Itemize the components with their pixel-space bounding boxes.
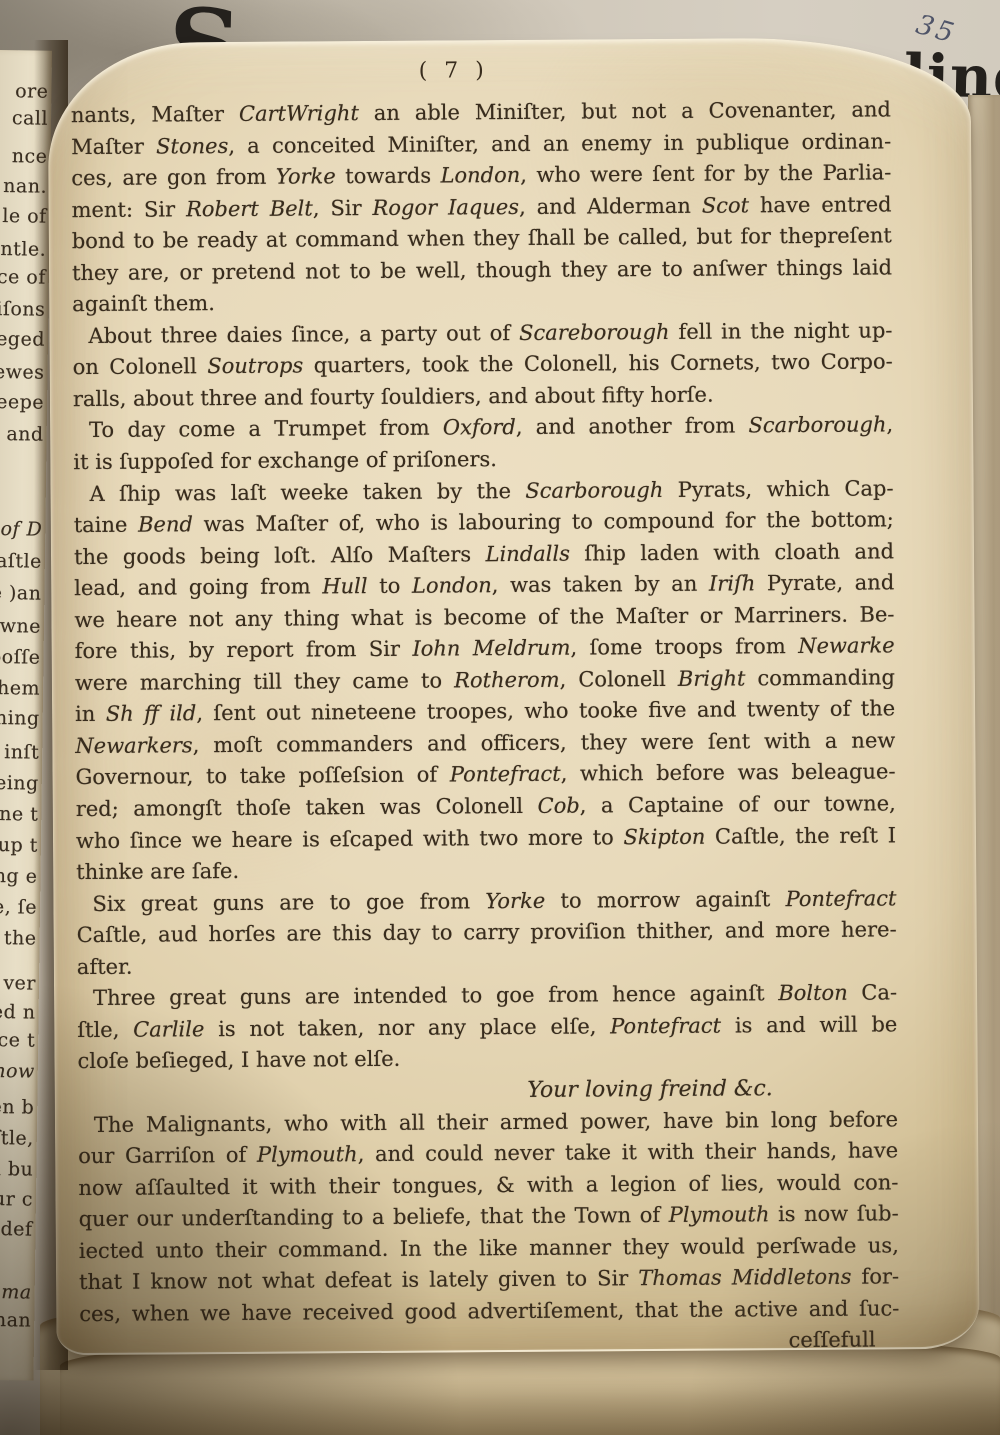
text-segment: Caſtle, aud horſes are this day to carry… bbox=[77, 918, 897, 948]
text-line: ces, are gon from Yorke towards London, … bbox=[71, 157, 891, 194]
text-segment: , and Alderman bbox=[519, 193, 702, 218]
text-segment: towards bbox=[336, 164, 441, 189]
text-segment: iected unto their command. In the like m… bbox=[79, 1233, 899, 1263]
margin-text-fragment: nan bbox=[0, 1309, 31, 1332]
text-segment: our Garriſon of bbox=[78, 1143, 257, 1168]
text-segment: , ſent out nineteene troopes, who tooke … bbox=[196, 697, 895, 726]
italic-text-segment: Pontefract bbox=[785, 886, 896, 911]
text-line: ſtle, Carlile is not taken, nor any plac… bbox=[77, 1009, 897, 1046]
text-segment: , which before was beleague- bbox=[561, 760, 896, 786]
text-segment: Governour, to take poſſeſsion of bbox=[75, 763, 449, 790]
text-segment: to morrow againſt bbox=[545, 887, 786, 913]
italic-text-segment: Scot bbox=[702, 193, 749, 217]
italic-text-segment: Sh ff ild bbox=[106, 702, 197, 727]
text-segment: About three daies ſince, a party out of bbox=[88, 321, 519, 348]
text-segment: it is ſuppoſed for exchange of priſoners… bbox=[73, 447, 497, 474]
text-segment: , and could never take it with their han… bbox=[358, 1138, 899, 1166]
text-segment: after. bbox=[77, 954, 133, 978]
italic-text-segment: Thomas Middletons bbox=[638, 1265, 851, 1290]
text-segment: is not taken, nor any place elſe, bbox=[204, 1014, 610, 1041]
text-segment: , bbox=[886, 413, 893, 437]
text-segment: have entred bbox=[749, 192, 892, 217]
text-segment: Maſter bbox=[71, 134, 156, 159]
text-segment: for- bbox=[851, 1265, 899, 1289]
text-segment: ces, when we have received good advertiſ… bbox=[79, 1296, 899, 1326]
text-segment: ces, are gon from bbox=[71, 165, 276, 190]
text-segment: Pyrats, which Cap- bbox=[663, 476, 893, 502]
text-line: they are, or pretend not to be well, tho… bbox=[72, 252, 892, 289]
italic-text-segment: Iriſh bbox=[709, 572, 756, 596]
text-segment: ſhip laden with cloath and bbox=[570, 539, 894, 565]
text-segment: the goods being loſt. Alſo Maſters bbox=[74, 542, 486, 569]
italic-text-segment: Newarkers bbox=[75, 733, 192, 758]
italic-text-segment: Your loving freind &c. bbox=[527, 1076, 773, 1103]
italic-text-segment: Plymouth bbox=[257, 1142, 358, 1167]
text-segment: , who were ſent for by the Parlia- bbox=[520, 160, 891, 187]
text-segment: Three great guns are intended to goe fro… bbox=[93, 981, 778, 1010]
italic-text-segment: Lindalls bbox=[486, 541, 571, 566]
italic-text-segment: Scarborough bbox=[525, 478, 663, 503]
text-segment: ralls, about three and fourty ſouldiers,… bbox=[73, 383, 714, 411]
italic-text-segment: Yorke bbox=[485, 888, 545, 912]
italic-text-segment: Newarke bbox=[798, 634, 895, 659]
text-segment: To day come a Trumpet from bbox=[89, 416, 443, 442]
italic-text-segment: Pontefract bbox=[450, 762, 561, 787]
italic-text-segment: Cob bbox=[538, 794, 580, 818]
text-segment: cloſe beſieged, I have not elſe. bbox=[77, 1047, 400, 1073]
italic-text-segment: Skipton bbox=[623, 824, 705, 849]
margin-text-fragment: wne t bbox=[0, 803, 38, 826]
text-line: taine Bend was Maſter of, who is labouri… bbox=[74, 504, 894, 541]
text-segment: , and another from bbox=[516, 414, 749, 440]
italic-text-segment: Hull bbox=[322, 574, 367, 598]
text-segment: on Colonell bbox=[73, 355, 208, 380]
text-segment: red; amongſt thoſe taken was Colonell bbox=[76, 794, 538, 821]
text-segment: were marching till they came to bbox=[75, 668, 454, 695]
margin-text-fragment: Know bbox=[0, 1060, 35, 1083]
margin-text-fragment: e then b bbox=[0, 1095, 34, 1118]
text-segment: quer our underſtanding to a beliefe, tha… bbox=[79, 1203, 669, 1231]
text-segment: , a Captaine of our towne, bbox=[580, 791, 896, 817]
text-segment: ſtle, bbox=[77, 1018, 133, 1042]
margin-text-fragment: out ver bbox=[0, 972, 36, 995]
margin-text-fragment: Caſtle, bbox=[0, 1127, 34, 1150]
text-segment: The Malignants, who with all their armed… bbox=[94, 1107, 898, 1137]
italic-text-segment: Robert Belt bbox=[186, 196, 313, 221]
text-segment: A ſhip was laſt weeke taken by the bbox=[89, 478, 525, 505]
text-segment: Pyrate, and bbox=[755, 571, 894, 596]
text-segment: fell in the night up- bbox=[669, 318, 892, 344]
text-segment: thinke are ſafe. bbox=[76, 859, 239, 884]
margin-text-fragment: w up t bbox=[0, 834, 38, 857]
text-segment: , Colonell bbox=[559, 667, 677, 692]
italic-text-segment: Yorke bbox=[276, 164, 336, 188]
italic-text-segment: Stones bbox=[156, 134, 228, 159]
text-segment: to bbox=[367, 574, 412, 598]
text-segment: is and will be bbox=[721, 1012, 897, 1037]
page-number: ( 7 ) bbox=[48, 56, 860, 87]
catchword-line: ceſſefull bbox=[79, 1325, 899, 1362]
italic-text-segment: Scareborough bbox=[519, 320, 670, 345]
text-segment: againſt them. bbox=[72, 291, 215, 316]
italic-text-segment: Carlile bbox=[133, 1017, 204, 1041]
italic-text-segment: Soutrops bbox=[207, 354, 303, 379]
text-segment: quarters, took the Colonell, his Cornets… bbox=[303, 350, 893, 378]
margin-text-fragment: ers ma bbox=[0, 1281, 32, 1304]
text-segment: , moſt commanders and officers, they wer… bbox=[193, 728, 896, 757]
text-segment: ment: Sir bbox=[72, 197, 187, 222]
margin-text-fragment: ſince t bbox=[0, 1029, 35, 1052]
text-segment: who ſince we heare is eſcaped with two m… bbox=[76, 825, 624, 853]
page-leaf: ( 7 ) nants, Maſter CartWright an able M… bbox=[47, 37, 979, 1355]
text-segment: is now ſub- bbox=[769, 1201, 898, 1226]
margin-text-fragment: ared n bbox=[0, 1001, 36, 1024]
book-photo: SeverallProceedings orecallncenan.le ofn… bbox=[0, 0, 1000, 1435]
margin-text-fragment: ruour c bbox=[0, 1188, 33, 1211]
italic-text-segment: Plymouth bbox=[669, 1202, 770, 1227]
italic-text-segment: Bend bbox=[138, 512, 193, 536]
margin-text-fragment: ath bu bbox=[0, 1158, 34, 1181]
text-line: who ſince we heare is eſcaped with two m… bbox=[76, 820, 896, 857]
text-segment: commanding bbox=[745, 665, 895, 690]
text-segment: bond to be ready at command when they ſh… bbox=[72, 224, 892, 254]
text-block: nants, Maſter CartWright an able Miniſte… bbox=[71, 94, 900, 1362]
text-line: nants, Maſter CartWright an able Miniſte… bbox=[71, 94, 891, 131]
text-segment: ceſſefull bbox=[789, 1328, 876, 1353]
italic-text-segment: Iohn Meldrum bbox=[412, 636, 570, 661]
margin-text-fragment: ds def bbox=[0, 1218, 33, 1241]
text-segment: , was taken by an bbox=[492, 572, 709, 598]
margin-text-fragment: of the bbox=[0, 927, 37, 950]
italic-text-segment: Bolton bbox=[778, 981, 848, 1005]
text-segment: taine bbox=[74, 513, 138, 537]
italic-text-segment: Pontefract bbox=[610, 1013, 721, 1038]
italic-text-segment: Oxford bbox=[443, 415, 516, 440]
italic-text-segment: London bbox=[440, 163, 520, 188]
text-line: on Colonell Soutrops quarters, took the … bbox=[73, 347, 893, 384]
italic-text-segment: Bright bbox=[678, 666, 746, 690]
text-line: red; amongſt thoſe taken was Colonell Co… bbox=[76, 788, 896, 825]
text-segment: now aſſaulted it with their tongues, & w… bbox=[78, 1170, 898, 1200]
text-segment: Six great guns are to goe from bbox=[92, 889, 485, 916]
text-line: our Garriſon of Plymouth, and could neve… bbox=[78, 1135, 898, 1172]
italic-text-segment: London bbox=[412, 573, 492, 598]
text-line: quer our underſtanding to a beliefe, tha… bbox=[79, 1198, 899, 1235]
text-segment: lead, and going from bbox=[74, 575, 322, 601]
text-segment: was Maſter of, who is labouring to compo… bbox=[193, 507, 894, 536]
text-segment: , a conceited Miniſter, and an enemy in … bbox=[228, 129, 891, 158]
text-segment: fore this, by report from Sir bbox=[75, 637, 413, 663]
text-segment: we heare not any thing what is become of… bbox=[74, 602, 894, 632]
text-line: To day come a Trumpet from Oxford, and a… bbox=[73, 410, 893, 447]
italic-text-segment: Scarborough bbox=[748, 413, 886, 438]
text-segment: in bbox=[75, 702, 106, 726]
text-segment: nants, Maſter bbox=[71, 102, 239, 127]
margin-text-fragment: ne, ſe bbox=[0, 896, 37, 919]
italic-text-segment: Rogor Iaques bbox=[372, 195, 519, 220]
text-segment: an able Miniſter, but not a Covenanter, … bbox=[359, 97, 891, 125]
italic-text-segment: Rotherom bbox=[454, 668, 560, 693]
text-segment: Caſtle, the reſt I bbox=[705, 823, 896, 848]
text-segment: they are, or pretend not to be well, tho… bbox=[72, 255, 892, 285]
text-line: Caſtle, aud horſes are this day to carry… bbox=[77, 915, 897, 952]
italic-text-segment: CartWright bbox=[239, 101, 359, 126]
margin-text-fragment: king e bbox=[0, 865, 38, 888]
text-segment: , Sir bbox=[313, 196, 373, 220]
text-segment: Ca- bbox=[848, 981, 898, 1005]
text-segment: that I know not what defeat is lately gi… bbox=[79, 1266, 638, 1294]
text-segment: , ſome troops from bbox=[570, 634, 798, 660]
text-line: ces, when we have received good advertiſ… bbox=[79, 1293, 899, 1330]
